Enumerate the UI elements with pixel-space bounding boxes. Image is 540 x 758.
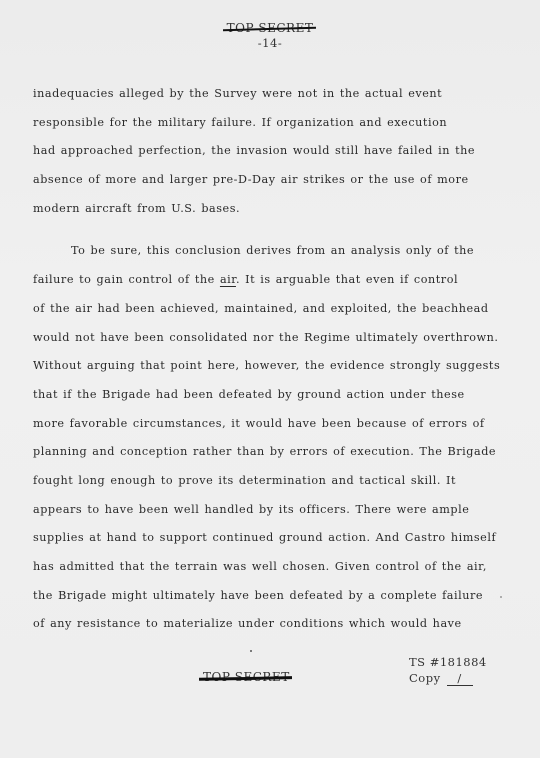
text-line: of any resistance to materialize under c…: [33, 610, 513, 639]
text-line: that if the Brigade had been defeated by…: [33, 381, 513, 410]
text-line: more favorable circumstances, it would h…: [33, 410, 513, 439]
document-body: inadequacies alleged by the Survey were …: [33, 80, 513, 639]
document-page: TOP SECRET -14- inadequacies alleged by …: [0, 0, 540, 758]
text-segment: failure to gain control of the: [33, 273, 220, 286]
text-line: of the air had been achieved, maintained…: [33, 295, 513, 324]
document-control-block: TS #181884 Copy/: [409, 654, 487, 686]
text-line: planning and conception rather than by e…: [33, 438, 513, 467]
text-line: modern aircraft from U.S. bases.: [33, 195, 513, 224]
text-line: absence of more and larger pre-D-Day air…: [33, 166, 513, 195]
text-line: To be sure, this conclusion derives from…: [33, 237, 513, 266]
text-line: Without arguing that point here, however…: [33, 352, 513, 381]
text-line: the Brigade might ultimately have been d…: [33, 582, 513, 611]
copy-value: /: [447, 672, 473, 686]
struck-classification-text: TOP SECRET: [203, 670, 290, 684]
header-classification-marking: TOP SECRET: [0, 21, 540, 35]
struck-classification-text: TOP SECRET: [227, 21, 314, 35]
control-number: TS #181884: [409, 654, 487, 670]
page-number: -14-: [0, 36, 540, 50]
paragraph-1: inadequacies alleged by the Survey were …: [33, 80, 513, 223]
copy-number-line: Copy/: [409, 670, 487, 686]
paragraph-2: To be sure, this conclusion derives from…: [33, 237, 513, 639]
text-line: fought long enough to prove its determin…: [33, 467, 513, 496]
text-line: has admitted that the terrain was well c…: [33, 553, 513, 582]
underlined-word: air: [220, 273, 236, 286]
text-line: supplies at hand to support continued gr…: [33, 524, 513, 553]
text-line: had approached perfection, the invasion …: [33, 137, 513, 166]
scan-speck: [500, 596, 502, 598]
scan-speck: [250, 650, 252, 652]
text-line: would not have been consolidated nor the…: [33, 324, 513, 353]
text-line: appears to have been well handled by its…: [33, 496, 513, 525]
footer-classification-marking: TOP SECRET: [203, 670, 290, 684]
text-segment: . It is arguable that even if control: [236, 273, 458, 286]
text-line: failure to gain control of the air. It i…: [33, 266, 513, 295]
copy-label: Copy: [409, 671, 441, 685]
text-line: responsible for the military failure. If…: [33, 109, 513, 138]
paragraph-gap: [33, 223, 513, 237]
text-line: inadequacies alleged by the Survey were …: [33, 80, 513, 109]
